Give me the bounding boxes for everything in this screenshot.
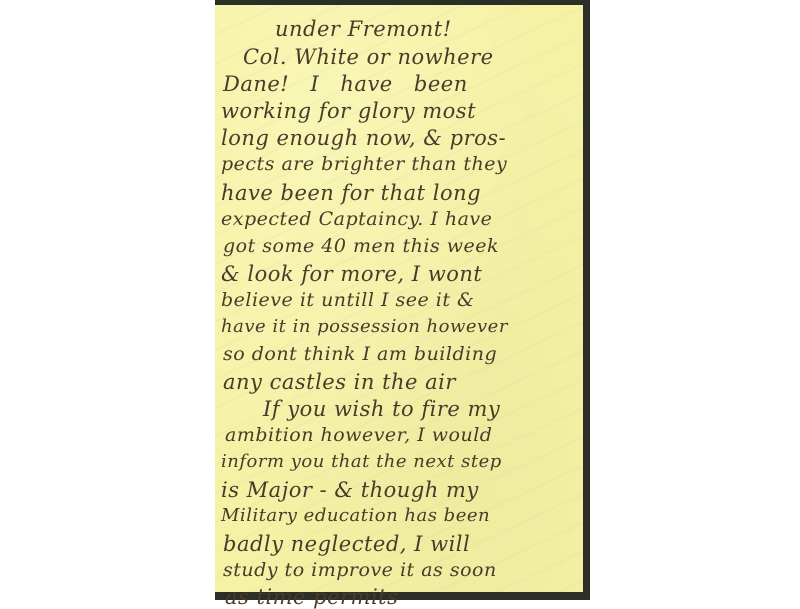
scanned-letter: under Fremont! Col. White or nowhere Dan… xyxy=(215,0,590,600)
letter-line: study to improve it as soon xyxy=(223,559,497,581)
letter-line: have been for that long xyxy=(221,181,481,205)
letter-line: believe it untill I see it & xyxy=(221,289,474,311)
letter-line: ambition however, I would xyxy=(225,424,492,446)
letter-line: pects are brighter than they xyxy=(221,153,507,175)
letter-line: & look for more, I wont xyxy=(221,262,482,286)
letter-line: have it in possession however xyxy=(221,316,508,337)
letter-line: inform you that the next step xyxy=(221,451,502,472)
letter-line: working for glory most xyxy=(221,99,476,123)
letter-page: under Fremont! Col. White or nowhere Dan… xyxy=(215,5,583,592)
letter-line: any castles in the air xyxy=(223,370,456,394)
letter-line: under Fremont! xyxy=(275,17,452,41)
letter-line: Col. White or nowhere xyxy=(243,45,494,69)
letter-line: Dane! I have been xyxy=(223,72,468,96)
letter-line: long enough now, & pros- xyxy=(221,126,506,150)
letter-line: Military education has been xyxy=(221,505,490,526)
letter-line: is Major - & though my xyxy=(221,478,479,502)
letter-line: badly neglected, I will xyxy=(223,532,470,556)
letter-line: expected Captaincy. I have xyxy=(221,208,492,230)
letter-line: If you wish to fire my xyxy=(263,397,500,421)
letter-line: so dont think I am building xyxy=(223,343,497,365)
letter-line: got some 40 men this week xyxy=(223,235,499,257)
letter-line: as time permits xyxy=(225,585,398,600)
